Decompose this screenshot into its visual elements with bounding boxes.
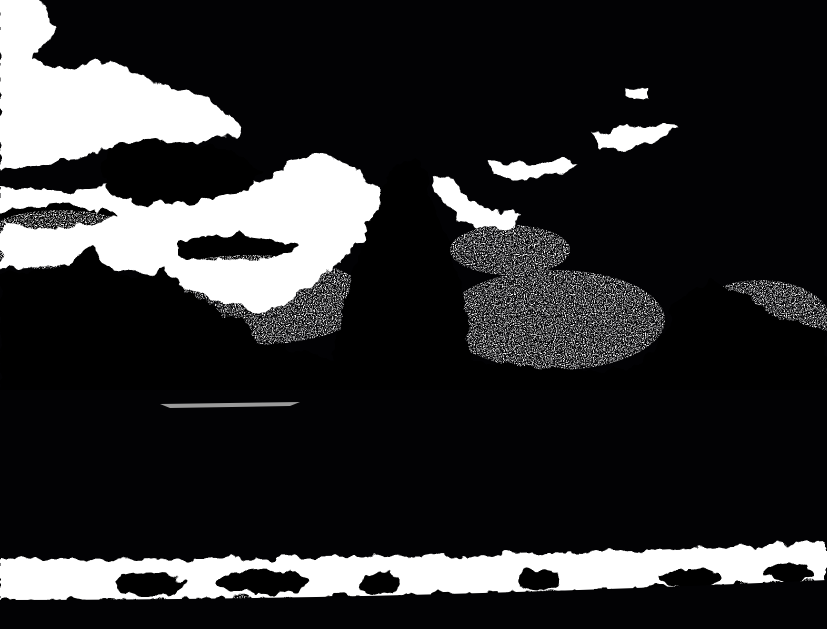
landscape-photo: High-contrast dithered black-and-white p… — [0, 0, 827, 629]
dark-field — [0, 390, 827, 560]
landscape-silhouette — [0, 0, 827, 629]
